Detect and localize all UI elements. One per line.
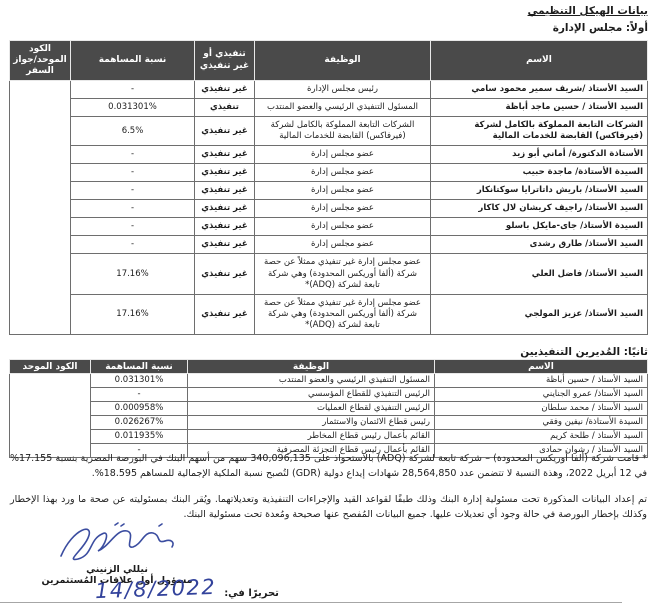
board-member-position: المسئول التنفيذي الرئيسي والعضو المنتدب xyxy=(255,99,431,117)
section-heading-executives: ثانيًا: المُديرين التنفيذيين xyxy=(520,346,648,358)
signatory-name: نيللي الزنيني xyxy=(7,564,227,575)
table-row: السيد الأستاذ / حسين ماجد أباظة المسئول … xyxy=(10,99,648,117)
board-member-share: - xyxy=(71,218,195,236)
board-member-share: - xyxy=(71,81,195,99)
board-member-position: رئيس مجلس الإدارة xyxy=(255,81,431,99)
table-row: السيد الأستاذ/ طارق رشدى عضو مجلس إدارة … xyxy=(10,236,648,254)
executive-name: السيد الأستاذ / حسين أباظة xyxy=(435,374,648,388)
executive-name: السيد الأستاذ/ عمرو الجنايني xyxy=(435,388,648,402)
table-row: السيد الأستاذ/ عزيز المولجي عضو مجلس إدا… xyxy=(10,294,648,334)
board-member-name: السيد الأستاذ/ راجيف كريشان لال كاكار xyxy=(431,200,648,218)
board-member-exec-status: تنفيذي xyxy=(195,99,255,117)
board-member-name: السيد الأستاذ/ باريش داتاترايا سوكتانكار xyxy=(431,182,648,200)
board-member-share: - xyxy=(71,182,195,200)
table-row: الأستاذة الدكتورة/ أماني أبو زيد عضو مجل… xyxy=(10,146,648,164)
board-header-position: الوظيفة xyxy=(255,41,431,81)
table-row: السيدة الأستاذة/ ماجدة حبيب عضو مجلس إدا… xyxy=(10,164,648,182)
board-member-share: - xyxy=(71,200,195,218)
table-row: السيد الأستاذ/ باريش داتاترايا سوكتانكار… xyxy=(10,182,648,200)
table-row: السيد الأستاذ/ راجيف كريشان لال كاكار عض… xyxy=(10,200,648,218)
board-member-position: عضو مجلس إدارة xyxy=(255,218,431,236)
executive-code xyxy=(10,374,91,458)
board-member-position: الشركات التابعة المملوكة بالكامل لشركة (… xyxy=(255,117,431,146)
board-member-name: الأستاذة الدكتورة/ أماني أبو زيد xyxy=(431,146,648,164)
exec-header-position: الوظيفة xyxy=(188,360,435,374)
board-member-share: 17.16% xyxy=(71,254,195,294)
board-member-share: - xyxy=(71,146,195,164)
board-member-exec-status: غير تنفيذي xyxy=(195,254,255,294)
bottom-divider xyxy=(0,602,622,603)
board-member-position: عضو مجلس إدارة xyxy=(255,236,431,254)
board-member-position: عضو مجلس إدارة غير تنفيذي ممثلاً عن حصة … xyxy=(255,254,431,294)
executive-position: الرئيس التنفيذي للقطاع المؤسسي xyxy=(188,388,435,402)
executive-position: رئيس قطاع الائتمان والاستثمار xyxy=(188,416,435,430)
board-member-name: السيد الأستاذ /شريف سمير محمود سامي xyxy=(431,81,648,99)
board-header-code: الكود الموحد/جواز السفر xyxy=(10,41,71,81)
board-member-name: السيد الأستاذ / حسين ماجد أباظة xyxy=(431,99,648,117)
board-member-position: عضو مجلس إدارة xyxy=(255,164,431,182)
table-row: السيد الأستاذ / طلحة كريم القائم بأعمال … xyxy=(10,430,648,444)
board-member-exec-status: غير تنفيذي xyxy=(195,294,255,334)
executive-position: المسئول التنفيذي الرئيسي والعضو المنتدب xyxy=(188,374,435,388)
date-label: تحريرًا في: xyxy=(224,588,279,601)
table-row: الشركات التابعة المملوكة بالكامل لشركة (… xyxy=(10,117,648,146)
executive-name: السيدة الأستاذة/ نيفين وفقي xyxy=(435,416,648,430)
exec-header-name: الاسم xyxy=(435,360,648,374)
executive-share: 0.000958% xyxy=(91,402,188,416)
board-header-exec: تنفيذي أو غير تنفيذي xyxy=(195,41,255,81)
board-of-directors-table: الاسم الوظيفة تنفيذي أو غير تنفيذي نسبة … xyxy=(9,40,648,335)
exec-header-share: نسبة المساهمة xyxy=(91,360,188,374)
board-member-position: عضو مجلس إدارة xyxy=(255,146,431,164)
board-member-name: السيد الأستاذ/ طارق رشدى xyxy=(431,236,648,254)
responsibility-footnote: تم إعداد البيانات المذكورة تحت مسئولية إ… xyxy=(10,493,647,522)
board-table-header: الاسم الوظيفة تنفيذي أو غير تنفيذي نسبة … xyxy=(10,41,648,81)
board-member-exec-status: غير تنفيذي xyxy=(195,182,255,200)
date-block: تحريرًا في: 14/8/2022 xyxy=(95,577,279,601)
executive-name: السيد الأستاذ / محمد سلطان xyxy=(435,402,648,416)
board-member-code xyxy=(10,81,71,335)
board-member-name: الشركات التابعة المملوكة بالكامل لشركة (… xyxy=(431,117,648,146)
board-member-name: السيد الأستاذ/ عزيز المولجي xyxy=(431,294,648,334)
board-member-exec-status: غير تنفيذي xyxy=(195,117,255,146)
board-member-position: عضو مجلس إدارة xyxy=(255,200,431,218)
board-member-share: - xyxy=(71,164,195,182)
board-member-share: - xyxy=(71,236,195,254)
executive-share: 0.026267% xyxy=(91,416,188,430)
board-member-exec-status: غير تنفيذي xyxy=(195,200,255,218)
executives-table-header: الاسم الوظيفة نسبة المساهمة الكود الموحد xyxy=(10,360,648,374)
board-header-name: الاسم xyxy=(431,41,648,81)
board-member-share: 6.5% xyxy=(71,117,195,146)
document-page: بيانات الهيكل التنظيمي أولاً: مجلس الإدا… xyxy=(0,0,657,609)
board-member-share: 0.031301% xyxy=(71,99,195,117)
table-row: السيد الأستاذ/ فاضل العلي عضو مجلس إدارة… xyxy=(10,254,648,294)
page-title: بيانات الهيكل التنظيمي xyxy=(528,5,648,17)
board-member-exec-status: غير تنفيذي xyxy=(195,236,255,254)
handwritten-signature-icon xyxy=(47,520,187,568)
executive-position: الرئيس التنفيذي لقطاع العمليات xyxy=(188,402,435,416)
board-member-exec-status: غير تنفيذي xyxy=(195,164,255,182)
executive-position: القائم بأعمال رئيس قطاع المخاطر xyxy=(188,430,435,444)
executive-share: 0.031301% xyxy=(91,374,188,388)
table-row: السيد الأستاذ / حسين أباظة المسئول التنف… xyxy=(10,374,648,388)
adq-footnote: * قامت شركة (ألفا أوريكس المحدودة) – شرك… xyxy=(10,452,647,481)
table-row: السيد الأستاذ/ عمرو الجنايني الرئيس التن… xyxy=(10,388,648,402)
executive-share: - xyxy=(91,388,188,402)
board-member-exec-status: غير تنفيذي xyxy=(195,146,255,164)
section-heading-board: أولاً: مجلس الإدارة xyxy=(553,22,648,34)
board-member-name: السيد الأستاذ/ فاضل العلي xyxy=(431,254,648,294)
board-member-position: عضو مجلس إدارة غير تنفيذي ممثلاً عن حصة … xyxy=(255,294,431,334)
board-member-name: السيدة الأستاذ/ جاى-مايكل باسلو xyxy=(431,218,648,236)
executive-managers-table: الاسم الوظيفة نسبة المساهمة الكود الموحد… xyxy=(9,359,648,458)
board-member-exec-status: غير تنفيذي xyxy=(195,218,255,236)
board-header-share: نسبة المساهمة xyxy=(71,41,195,81)
executive-share: 0.011935% xyxy=(91,430,188,444)
table-row: السيدة الأستاذ/ جاى-مايكل باسلو عضو مجلس… xyxy=(10,218,648,236)
table-row: السيد الأستاذ /شريف سمير محمود سامي رئيس… xyxy=(10,81,648,99)
board-member-name: السيدة الأستاذة/ ماجدة حبيب xyxy=(431,164,648,182)
exec-header-code: الكود الموحد xyxy=(10,360,91,374)
board-member-position: عضو مجلس إدارة xyxy=(255,182,431,200)
handwritten-date: 14/8/2022 xyxy=(95,575,217,603)
board-member-exec-status: غير تنفيذي xyxy=(195,81,255,99)
table-row: السيدة الأستاذة/ نيفين وفقي رئيس قطاع ال… xyxy=(10,416,648,430)
board-member-share: 17.16% xyxy=(71,294,195,334)
executive-name: السيد الأستاذ / طلحة كريم xyxy=(435,430,648,444)
table-row: السيد الأستاذ / محمد سلطان الرئيس التنفي… xyxy=(10,402,648,416)
